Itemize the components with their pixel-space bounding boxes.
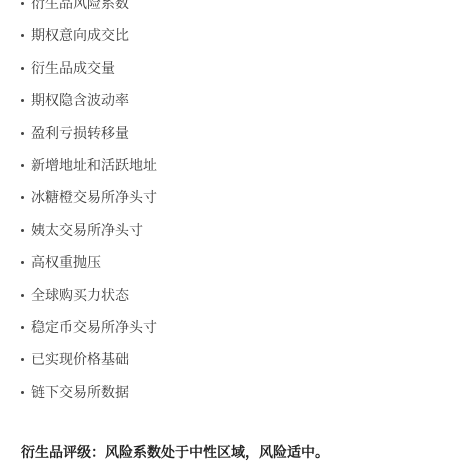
list-item: 新增地址和活跃地址 xyxy=(0,150,157,182)
list-item-label: 衍生品风险系数 xyxy=(31,0,129,12)
list-item-label: 姨太交易所净头寸 xyxy=(31,223,143,239)
list-item: 姨太交易所净头寸 xyxy=(0,215,157,247)
list-item-label: 期权隐含波动率 xyxy=(31,93,129,109)
bullet-icon xyxy=(21,2,24,5)
bullet-icon xyxy=(21,358,24,361)
list-item-label: 高权重抛压 xyxy=(31,255,101,271)
list-item-label: 全球购买力状态 xyxy=(31,288,129,304)
bullet-icon xyxy=(21,132,24,135)
list-item: 全球购买力状态 xyxy=(0,280,157,312)
bullet-icon xyxy=(21,391,24,394)
list-item: 期权意向成交比 xyxy=(0,20,157,52)
list-item: 衍生品风险系数 xyxy=(0,0,157,20)
list-item: 稳定币交易所净头寸 xyxy=(0,312,157,344)
list-item-label: 链下交易所数据 xyxy=(31,385,129,401)
list-item-label: 衍生品成交量 xyxy=(31,61,115,77)
list-item-label: 冰糖橙交易所净头寸 xyxy=(31,190,157,206)
bullet-icon xyxy=(21,196,24,199)
bullet-icon xyxy=(21,261,24,264)
bullet-icon xyxy=(21,67,24,70)
list-item: 链下交易所数据 xyxy=(0,377,157,409)
bullet-icon xyxy=(21,294,24,297)
list-item: 冰糖橙交易所净头寸 xyxy=(0,182,157,214)
list-item-label: 新增地址和活跃地址 xyxy=(31,158,157,174)
bullet-icon xyxy=(21,34,24,37)
list-item: 衍生品成交量 xyxy=(0,53,157,85)
list-item: 已实现价格基础 xyxy=(0,344,157,376)
list-item: 高权重抛压 xyxy=(0,247,157,279)
list-item-label: 盈利亏损转移量 xyxy=(31,126,129,142)
list-item: 期权隐含波动率 xyxy=(0,85,157,117)
bullet-icon xyxy=(21,326,24,329)
list-item-label: 期权意向成交比 xyxy=(31,28,129,44)
list-item-label: 稳定币交易所净头寸 xyxy=(31,320,157,336)
bullet-icon xyxy=(21,229,24,232)
bullet-icon xyxy=(21,99,24,102)
list-item: 盈利亏损转移量 xyxy=(0,118,157,150)
derivatives-rating: 衍生品评级：风险系数处于中性区域，风险适中。 xyxy=(21,443,329,461)
indicator-list: 衍生品风险系数 期权意向成交比 衍生品成交量 期权隐含波动率 盈利亏损转移量 新… xyxy=(0,0,157,409)
list-item-label: 已实现价格基础 xyxy=(31,352,129,368)
bullet-icon xyxy=(21,164,24,167)
